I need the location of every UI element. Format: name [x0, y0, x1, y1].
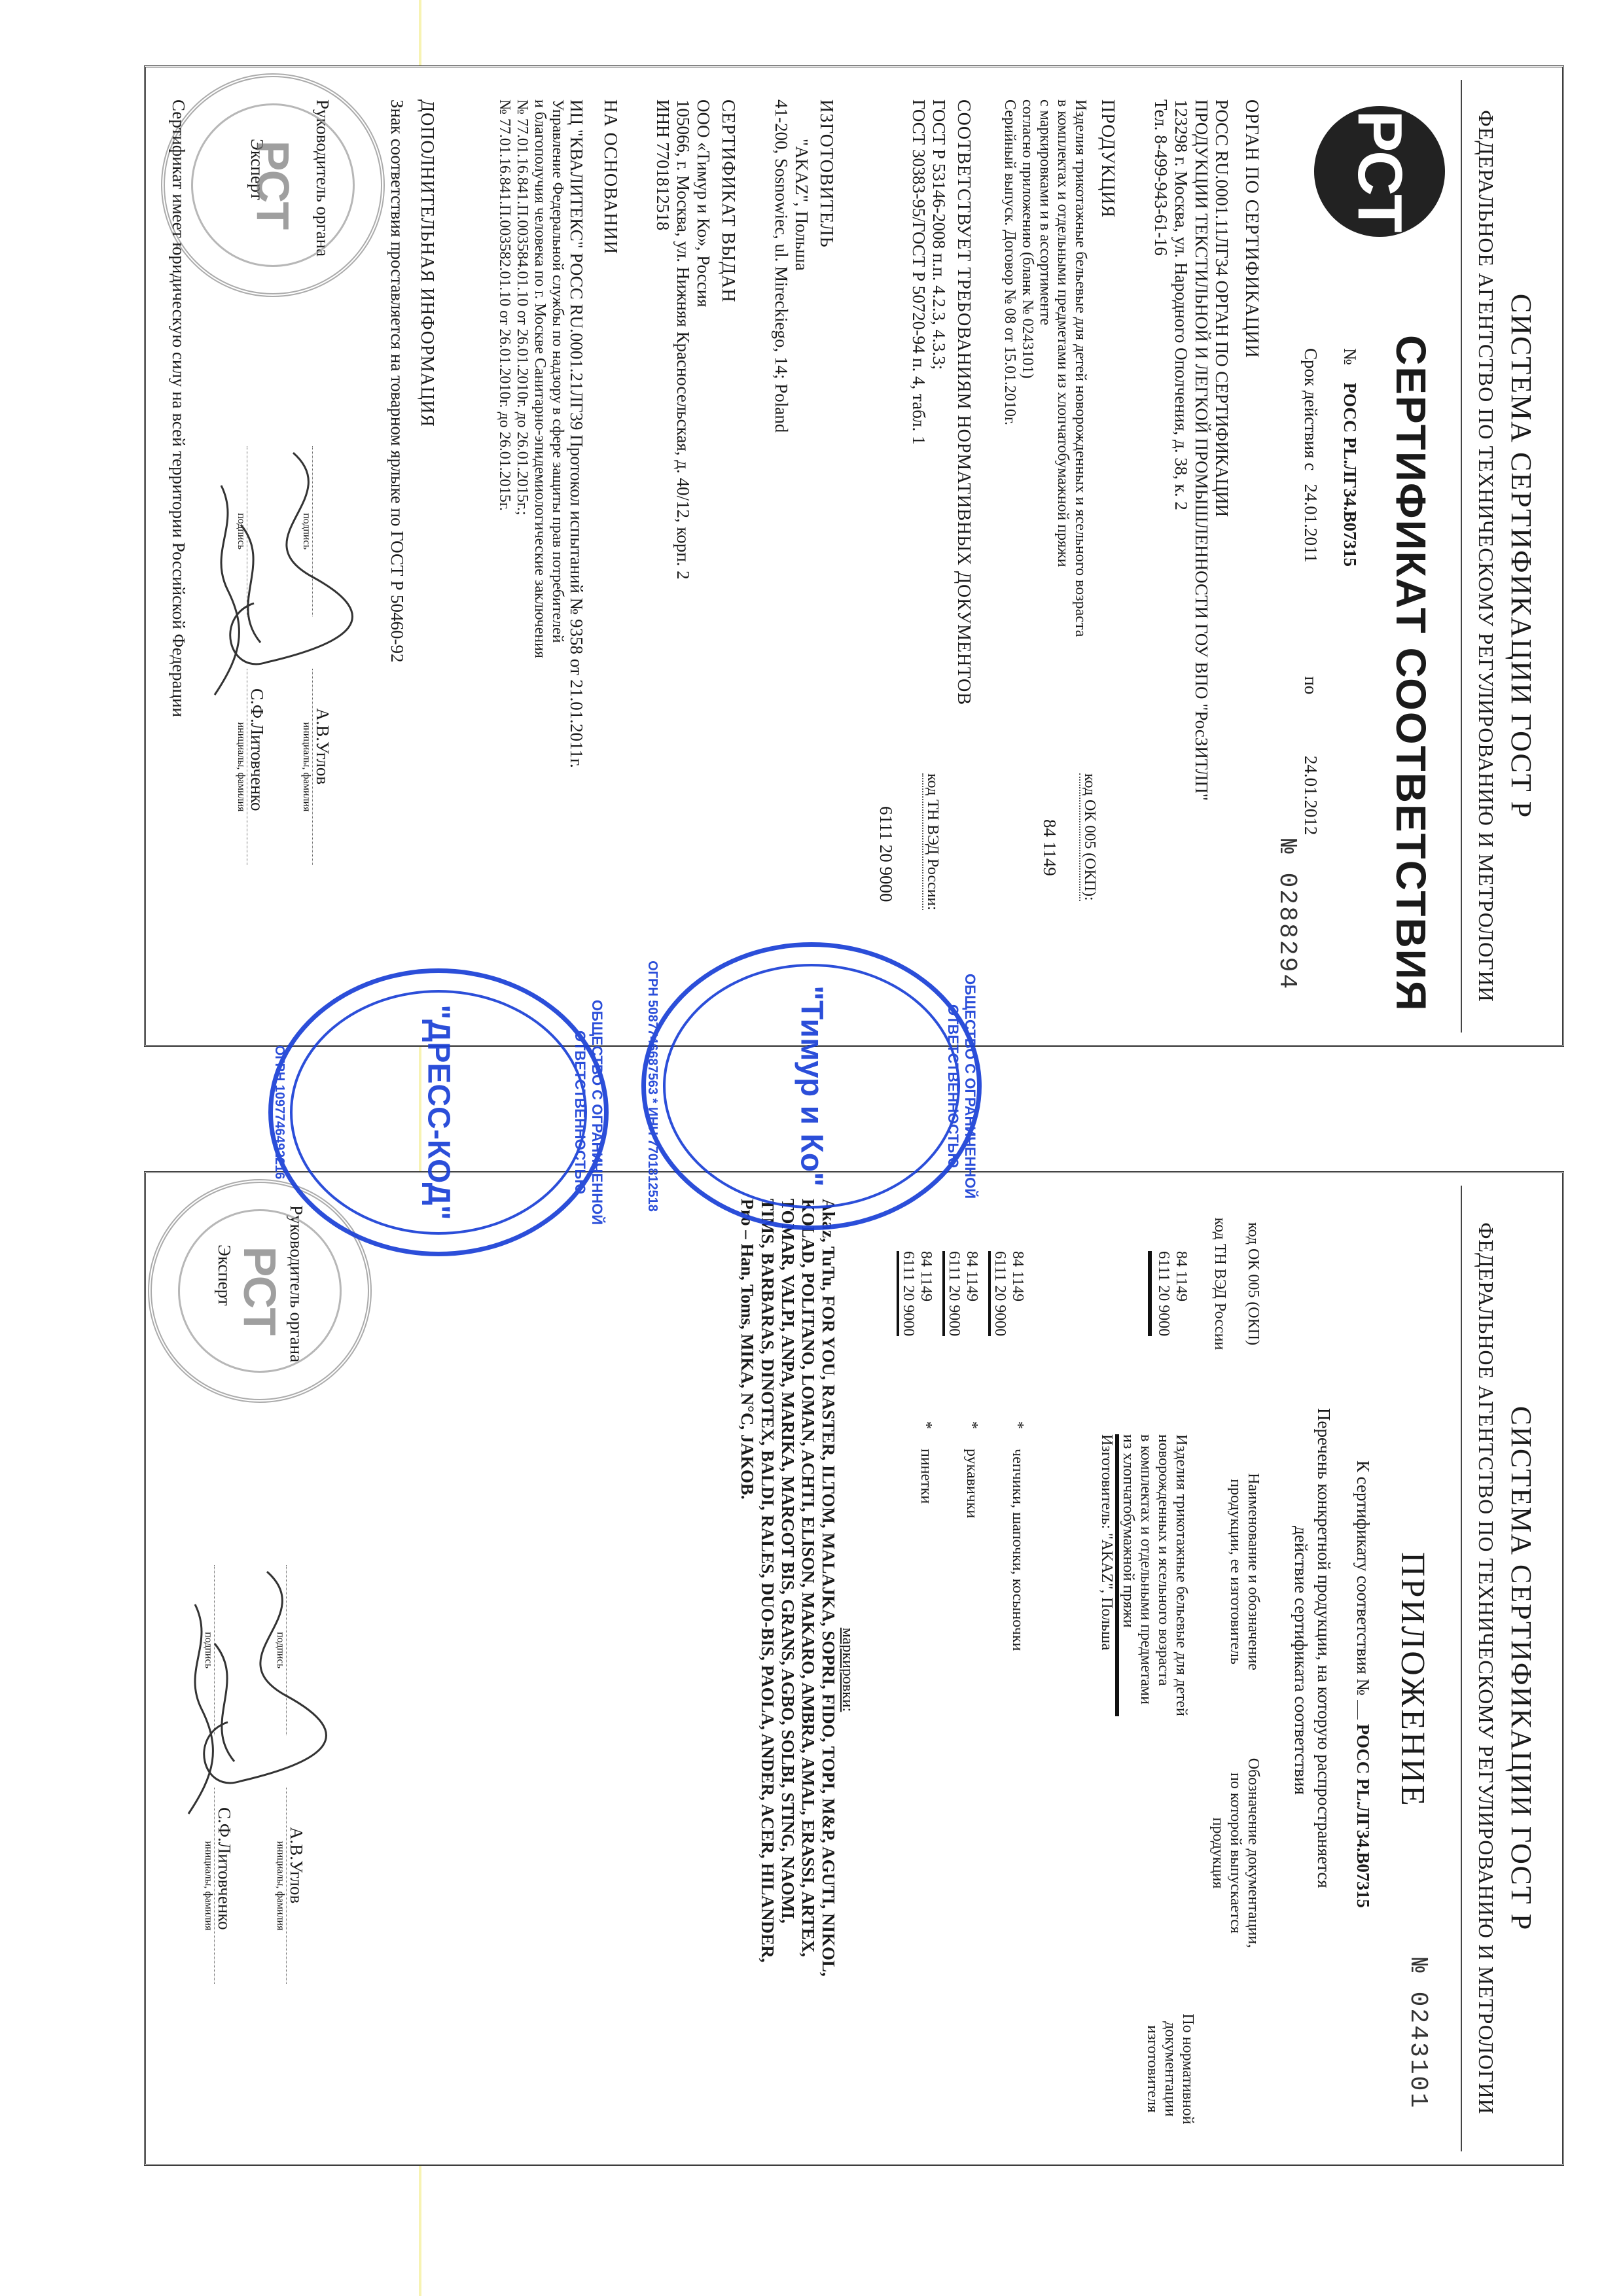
issued-to-line: ИНН 7701812518 [652, 99, 673, 1016]
col-header-text: По нормативной [1179, 1997, 1196, 2141]
blank-number-row: № 0288294 [1273, 839, 1301, 991]
certificate-footer: Сертификат имеет юридическую силу на все… [168, 99, 188, 1016]
markings-line: Pro – Han, Toms, MIKA, N°C, JAKOB. [737, 1199, 757, 2141]
col-header-docs: Обозначение документации, по которой вып… [1209, 1735, 1262, 1971]
issued-to-heading: СЕРТИФИКАТ ВЫДАН [717, 99, 738, 1016]
main-item-description: Изделия трикотажные бельевые для детей н… [1097, 1434, 1190, 1716]
appendix-subtitle: Перечень конкретной продукции, на котору… [1313, 1408, 1334, 1888]
stamp-name: "Тимур и Ко" [794, 947, 830, 1226]
organ-heading: ОРГАН ПО СЕРТИФИКАЦИИ [1241, 99, 1262, 1016]
appendix-page: СИСТЕМА СЕРТИФИКАЦИИ ГОСТ Р ФЕДЕРАЛЬНОЕ … [144, 1171, 1564, 2166]
manufacturer-line: 41-200, Sosnowiec, ul. Mireckiego, 14; P… [771, 99, 791, 1016]
number-label: № [1340, 348, 1360, 365]
basis-section: НА ОСНОВАНИИ ИЦ "КВАЛИТЕКС" РОСС RU.0001… [495, 99, 620, 1016]
additional-section: ДОПОЛНИТЕЛЬНАЯ ИНФОРМАЦИЯ Знак соответст… [387, 99, 437, 1016]
col-header-text: код ОК 005 (ОКП) [1244, 1199, 1262, 1369]
rst-logo-icon: РСТ [1314, 106, 1445, 237]
organ-section: ОРГАН ПО СЕРТИФИКАЦИИ РОСС RU.0001.11ЛГ3… [1150, 99, 1262, 1016]
appendix-blank-number: 0243101 [1404, 1992, 1432, 2110]
stamp-dress-code: ОБЩЕСТВО С ОГРАНИЧЕННОЙ ОТВЕТСТВЕННОСТЬЮ… [268, 968, 609, 1256]
manufacturer-section: ИЗГОТОВИТЕЛЬ "AKAZ", Польша 41-200, Sosn… [771, 99, 836, 1016]
product-heading: ПРОДУКЦИЯ [1097, 99, 1118, 754]
basis-line: и благополучия человека по г. Москве Сан… [531, 99, 548, 1016]
tn-code-block: код ТН ВЭД России: 6111 20 9000 [876, 773, 941, 910]
item-row: 84 1149 6111 20 9000 [988, 1251, 1026, 1336]
product-line: согласно приложению (бланк № 0243101) [1018, 99, 1036, 754]
appendix-blank-number-row: № 0243101 [1404, 1958, 1432, 2110]
manufacturer-line: "AKAZ", Польша [791, 99, 811, 1016]
stamp-arc-text: ОГРН 1097746492216 [272, 973, 287, 1252]
bullet: * [963, 1421, 980, 1429]
item-line: Изготовитель: "AKAZ", Польша [1097, 1434, 1115, 1716]
system-title: СИСТЕМА СЕРТИФИКАЦИИ ГОСТ Р [1505, 80, 1538, 1033]
ok-code: 84 1149 [1039, 773, 1060, 901]
organ-line: ПРОДУКЦИИ ТЕКСТИЛЬНОЙ И ЛЕГКОЙ ПРОМЫШЛЕН… [1191, 99, 1211, 1016]
stamp-arc-text: ОБЩЕСТВО С ОГРАНИЧЕННОЙ ОТВЕТСТВЕННОСТЬЮ [571, 973, 605, 1252]
blank-number-label: № [1273, 839, 1301, 856]
main-item-codes: 84 1149 6111 20 9000 [1148, 1251, 1190, 1336]
issued-to-section: СЕРТИФИКАТ ВЫДАН ООО «Тимур и Ко», Росси… [652, 99, 738, 1016]
tnved-code: 6111 20 9000 [897, 1251, 917, 1336]
validity-label: Срок действия с [1301, 348, 1321, 470]
okp-code: 84 1149 [1172, 1251, 1190, 1336]
appendix-blank-number-label: № [1404, 1958, 1432, 1975]
certificate-number-row: № РОСС PL.ЛГ34.В07315 [1340, 348, 1360, 567]
item-label: * пинетки [917, 1421, 935, 1504]
tnved-code: 6111 20 9000 [942, 1251, 963, 1336]
appendix-header-divider [1461, 1186, 1462, 2151]
valid-to-label: по [1301, 676, 1321, 694]
organ-line: РОСС RU.0001.11ЛГ34 ОРГАН ПО СЕРТИФИКАЦИ… [1211, 99, 1232, 1016]
markings-heading: маркировки: [838, 1199, 856, 2141]
basis-line: № 77.01.16.841.П.003584.01.10 от 26.01.2… [513, 99, 531, 1016]
appendix-ref-row: К сертификату соответствия № РОСС PL.ЛГ3… [1353, 1460, 1373, 1908]
product-section: ПРОДУКЦИЯ Изделия трикотажные бельевые д… [1001, 99, 1118, 754]
item-name: пинетки [918, 1449, 935, 1504]
basis-heading: НА ОСНОВАНИИ [599, 99, 620, 1016]
markings-line: TOMAR, VALPI, ANPA, MARIKA, MARGOT BIS, … [777, 1199, 798, 2141]
item-row: 84 1149 6111 20 9000 [942, 1251, 980, 1336]
signature-icon [202, 446, 372, 721]
product-line: Изделия трикотажные бельевые для детей н… [1071, 99, 1089, 754]
item-label: * рукавички [963, 1421, 980, 1518]
basis-line: ИЦ "КВАЛИТЕКС" РОСС RU.0001.21ЛГ39 Прото… [566, 99, 586, 1016]
bullet: * [918, 1421, 935, 1429]
organ-line: Тел. 8-499-943-61-16 [1150, 99, 1171, 1016]
stamp-arc-text: ОБЩЕСТВО С ОГРАНИЧЕННОЙ ОТВЕТСТВЕННОСТЬЮ [944, 947, 978, 1226]
item-row: 84 1149 6111 20 9000 [897, 1251, 935, 1336]
issued-to-line: 105066, г. Москва, ул. Нижняя Красносель… [673, 99, 693, 1016]
item-line: Изделия трикотажные бельевые для детей [1172, 1434, 1190, 1716]
item-name: чепчики, шапочки, косыночки [1009, 1449, 1026, 1651]
col-header-text: изготовителя [1143, 1997, 1161, 2141]
appendix-ref-number: РОСС PL.ЛГ34.В07315 [1353, 1724, 1373, 1908]
appendix-title: ПРИЛОЖЕНИЕ [1393, 1552, 1432, 1808]
header-divider [1461, 80, 1462, 1033]
product-line: с маркировками и в ассортименте [1036, 99, 1054, 754]
valid-to: 24.01.2012 [1301, 756, 1321, 836]
validity-row: Срок действия с 24.01.2011 по 24.01.2012 [1300, 348, 1321, 835]
certificate-page: СИСТЕМА СЕРТИФИКАЦИИ ГОСТ Р ФЕДЕРАЛЬНОЕ … [144, 65, 1564, 1047]
blank-number: 0288294 [1273, 873, 1301, 991]
col-header-norm: По нормативной документации изготовителя [1143, 1997, 1196, 2141]
item-line: новорожденных и ясельного возраста [1154, 1434, 1172, 1716]
tnved-code: 6111 20 9000 [988, 1251, 1008, 1336]
item-line: из хлопчатобумажной пряжи [1115, 1434, 1137, 1716]
appendix-system-title: СИСТЕМА СЕРТИФИКАЦИИ ГОСТ Р [1505, 1186, 1538, 2151]
col-header-name: Наименование и обозначение продукции, ее… [1226, 1434, 1262, 1709]
markings-line: Akaz, TuTu, FOR YOU, RASTER, ILTOM, MALA… [818, 1199, 838, 2141]
col-header-text: документации [1161, 1997, 1179, 2141]
okp-code: 84 1149 [963, 1251, 980, 1336]
okp-code: 84 1149 [1008, 1251, 1026, 1336]
appendix-ref-label: К сертификату соответствия № [1353, 1460, 1373, 1695]
col-header-text: Обозначение документации, [1244, 1735, 1262, 1971]
additional-line: Знак соответствия проставляется на товар… [387, 99, 407, 1016]
col-header-codes: код ОК 005 (ОКП) код ТН ВЭД России [1211, 1199, 1262, 1369]
compliance-heading: СООТВЕТСТВУЕТ ТРЕБОВАНИЯМ НОРМАТИВНЫХ ДО… [953, 99, 974, 1016]
tnved-code: 6111 20 9000 [1148, 1251, 1172, 1336]
product-line: в комплектах и отдельными предметами из … [1054, 99, 1071, 754]
item-label: * чепчики, шапочки, косыночки [1008, 1421, 1026, 1651]
valid-from: 24.01.2011 [1301, 484, 1321, 563]
stamp-name: "ДРЕСС-КОД" [421, 973, 457, 1252]
tn-code-label: код ТН ВЭД России: [922, 773, 941, 910]
stamp-timur-i-ko: ОБЩЕСТВО С ОГРАНИЧЕННОЙ ОТВЕТСТВЕННОСТЬЮ… [641, 942, 982, 1230]
ok-code-block: код ОК 005 (ОКП): 84 1149 [1039, 773, 1098, 901]
markings-section: маркировки: Akaz, TuTu, FOR YOU, RASTER,… [737, 1199, 856, 2141]
certificate-title: СЕРТИФИКАТ СООТВЕТСТВИЯ [1387, 335, 1435, 1012]
markings-line: TIMS, BARBARAS, DINOTEX, BALDI, RALES, D… [757, 1199, 777, 2141]
organ-line: 123298 г. Москва, ул. Народного Ополчени… [1171, 99, 1191, 1016]
stamp-arc-text: ОГРН 5087746687563 * ИНН 7701812518 [645, 947, 660, 1226]
okp-code: 84 1149 [917, 1251, 935, 1336]
markings-line: KOLAD, POLITANO, LOMAN, ACHTI, ELISON, M… [798, 1199, 818, 2141]
item-name: рукавички [963, 1449, 980, 1518]
item-line: в комплектах и отдельными предметами [1137, 1434, 1154, 1716]
additional-heading: ДОПОЛНИТЕЛЬНАЯ ИНФОРМАЦИЯ [416, 99, 437, 1016]
col-header-text: код ТН ВЭД России [1211, 1199, 1228, 1369]
basis-line: № 77.01.16.841.П.003582.01.10 от 26.01.2… [495, 99, 513, 1016]
col-header-text: по которой выпускается продукция [1209, 1735, 1244, 1971]
organ-seal-text: РСТ [191, 103, 355, 267]
appendix-agency: ФЕДЕРАЛЬНОЕ АГЕНТСТВО ПО ТЕХНИЧЕСКОМУ РЕ… [1474, 1186, 1498, 2151]
issued-to-line: ООО «Тимур и Ко», Россия [693, 99, 713, 1016]
product-line: Серийный выпуск. Договор № 08 от 15.01.2… [1001, 99, 1018, 754]
agency-name: ФЕДЕРАЛЬНОЕ АГЕНТСТВО ПО ТЕХНИЧЕСКОМУ РЕ… [1474, 80, 1498, 1033]
manufacturer-heading: ИЗГОТОВИТЕЛЬ [815, 99, 836, 1016]
certificate-number: РОСС PL.ЛГ34.В07315 [1340, 383, 1360, 567]
col-header-text: Наименование и обозначение [1244, 1434, 1262, 1709]
organ-seal-icon: РСТ [161, 73, 385, 297]
tn-code: 6111 20 9000 [876, 773, 896, 910]
signature-icon [175, 1565, 346, 1840]
bullet: * [1009, 1421, 1026, 1429]
ok-code-label: код ОК 005 (ОКП): [1079, 773, 1098, 901]
basis-line: Управление Федеральной службы по надзору… [548, 99, 566, 1016]
col-header-text: продукции, ее изготовитель [1226, 1434, 1244, 1709]
appendix-subtitle: действие сертификата соответствия [1291, 1526, 1311, 1795]
